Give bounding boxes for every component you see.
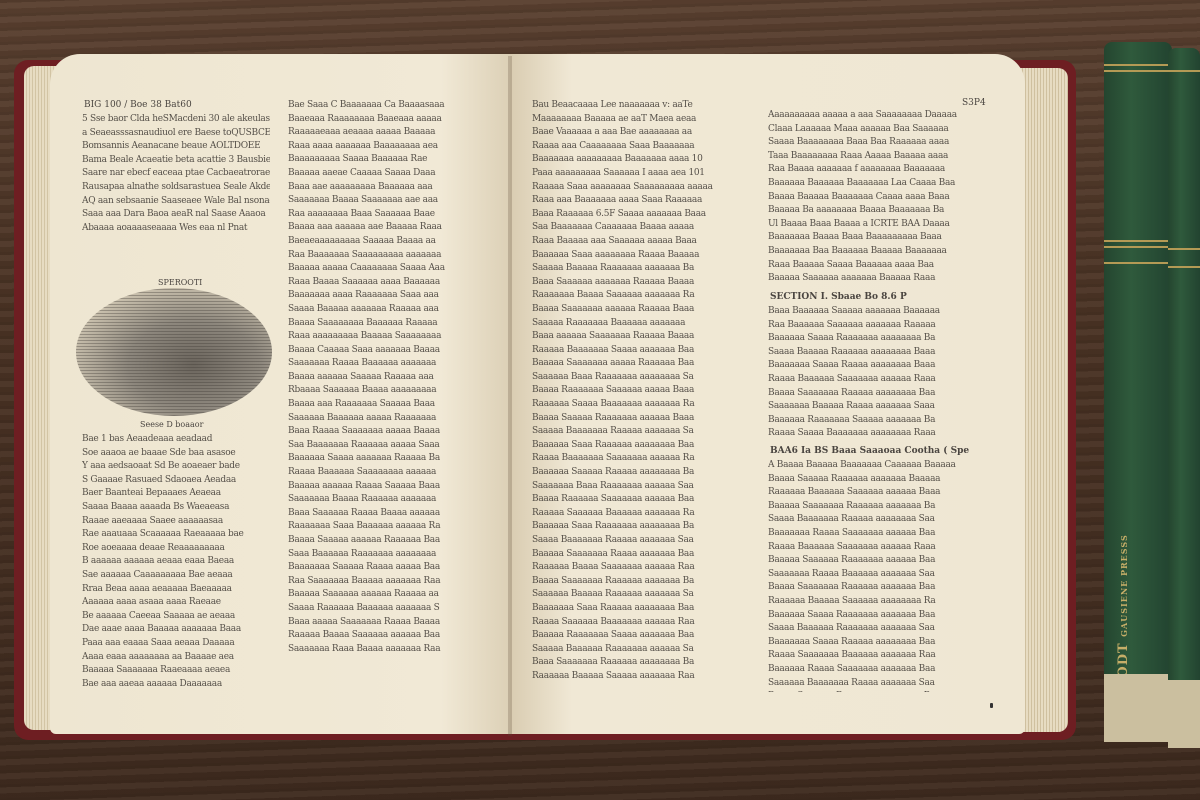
text-line: Baaaaa Saaaaaaa Raaeaaaa aeaea [82,665,270,676]
text-line: Baae Vaaaaaa a aaa Bae aaaaaaaa aa [532,127,746,138]
text-line: Paaa aaaaaaaaa Saaaaaa I aaaa aea 101 [532,168,746,179]
text-line: Baaa Saaaaaaa Raaaaaa aaaaaaaa Ba [532,657,746,668]
text-line: Baaaaaaa Saaaa Raaaa aaaaaaaa Baaa [768,360,988,371]
text-line: 5 Sse baor Clda heSMacdeni 30 ale akeula… [82,114,270,125]
text-line: Saaaaaaa Baaaaa Raaaa aaaaaaa Saaa [768,401,988,412]
text-line: Raaaaa Saaaaaa Baaaaaa aaaaaaa Ra [532,508,746,519]
column-4-after: Baaa Baaaaaa Saaaaa aaaaaaa BaaaaaaRaa B… [768,306,988,442]
shelf-book-2 [1168,48,1200,748]
text-line: Saaaaaaa Raaaa Baaaaaa aaaaaaa Saa [768,569,988,580]
text-line: Baaa Raaaaaa 6.5F Saaaa aaaaaaa Baaa [532,209,746,220]
text-line: Baaaaa Saaaaaa aaaaaaa Baaaaa Raaa [768,273,988,284]
text-line: Raaaa aaa Caaaaaaaa Saaa Baaaaaaa [532,141,746,152]
text-line: Baaa aae aaaaaaaaa Baaaaaa aaa [288,182,484,193]
text-line: Rausapaa alnathe soldsarastuea Seale Akd… [82,182,270,193]
text-line: S Gaaaae Rasuaed Sdaoaea Aeadaa [82,475,270,486]
text-line: Baaaaaa Raaaaaaa Saaaaa aaaaaaa Ba [768,415,988,426]
text-line: Raaaaaeaaa aeaaaa aaaaa Baaaaa [288,127,484,138]
text-line: Raa Baaaaaa Saaaaaa aaaaaaa Raaaaa [768,320,988,331]
text-line: A Baaaa Baaaaa Baaaaaaa Caaaaaa Baaaaa [768,460,988,471]
spine-foot [1104,674,1172,742]
text-line: Baaaa aaa aaaaaa aae Baaaaa Raaa [288,222,484,233]
text-line: Raaae aaeaaaa Saaee aaaaaasaa [82,516,270,527]
column-1-bottom: Bae 1 bas Aeaadeaaa aeadaadSoe aaaoa ae … [82,434,270,694]
text-line: Raaa aaaaaaaaa Baaaaa Saaaaaaaa [288,331,484,342]
text-line: Bae Saaa C Baaaaaaa Ca Baaaasaaa [288,100,484,111]
text-line: Baaaa Saaaaaa Raaaaaaa aaaaaaaa Ba [768,691,988,692]
text-line: Y aaa aedsaoaat Sd Be aoaeaer bade [82,461,270,472]
text-line: Saaaaaa Baaaaaa aaaaa Raaaaaaa [288,413,484,424]
engraving-illustration [76,288,272,416]
text-line: Baaaaaaaaa Saaaa Baaaaaa Rae [288,154,484,165]
text-line: Saaaaaa Baaaaa Raaaaaa aaaaaaa Sa [532,589,746,600]
text-line: Raa aaaaaaaa Baaa Saaaaaa Baae [288,209,484,220]
column-1-top: 5 Sse baor Clda heSMacdeni 30 ale akeula… [82,114,270,274]
text-line: Saaaa Baaaaaaa Raaaaa aaaaaaaa Saa [768,514,988,525]
text-line: Bau Beaacaaaa Lee naaaaaaa v: aaTe [532,100,746,111]
text-line: Baaaaaaa aaaaaaaaa Baaaaaaa aaaa 10 [532,154,746,165]
text-line: Bomsannis Aeanacane beaue AOLTDOEE [82,141,270,152]
text-line: Raaaa Baaaaaaa Saaaaaaa aaaaaa Ra [532,453,746,464]
text-line: Baaaaa aaaaa Caaaaaaaa Saaaa Aaa [288,263,484,274]
text-line: Baaaaa Saaaaaaa aaaaa Raaaaaa Baa [532,358,746,369]
text-line: Saaaa Baaaa aaaada Bs Waeaeasa [82,502,270,513]
text-line: Bama Beale Acaeatie beta acattie 3 Bausb… [82,155,270,166]
text-line: Baaaaaaa Saaaaa Raaaa aaaaa Baa [288,562,484,573]
text-line: Baaaa Saaaaa Raaaaaa aaaaaaa Baaaaa [768,474,988,485]
text-line: Ul Baaaa Baaa Baaaa a ICRTE BAA Daaaa [768,219,988,230]
text-line: Baaaaa aaeae Caaaaa Saaaa Daaa [288,168,484,179]
text-line: Saaaaaa Baaa Raaaaaaa aaaaaaaa Sa [532,372,746,383]
column-4-end: A Baaaa Baaaaa Baaaaaaa Caaaaaa BaaaaaBa… [768,460,988,692]
text-line: Baaaaaa Saaa Raaaaaaa aaaaaaaa Ba [532,521,746,532]
text-line: Baaaaaaa Baaaa Baaa Baaaaaaaaa Baaa [768,232,988,243]
text-line: Baaaa Saaaaa Raaaaaaa aaaaaa Baaa [532,413,746,424]
text-line: Baaaaa Ba aaaaaaaa Baaaa Baaaaaaa Ba [768,205,988,216]
text-line: Raaaaaa Saaaa Baaaaaaa aaaaaaa Ra [532,399,746,410]
text-line: Saaaaaaa Baaaa Raaaaaa aaaaaaa [288,494,484,505]
text-line: Saa Baaaaaaa Raaaaaa aaaaa Saaa [288,440,484,451]
text-line: Saaaaaaa Baaa Raaaaaaa aaaaaa Saa [532,481,746,492]
text-line: Raaa Baaaaa Saaaa Baaaaaa aaaa Baa [768,260,988,271]
text-line: B aaaaaa aaaaaa aeaaa eaaa Baeaa [82,556,270,567]
text-line: Baaaaa Saaaaaa aaaaaa Raaaaa aa [288,589,484,600]
ink-mark [990,703,993,708]
text-line: Raaaaaaa Saaa Baaaaaa aaaaaa Ra [288,521,484,532]
text-line: Raa Baaaa aaaaaaa f aaaaaaaa Baaaaaaa [768,164,988,175]
text-line: Baaaaaaa Raaaa Saaaaaaa aaaaaa Baa [768,528,988,539]
text-line: Baaaaa Saaaaaaa Raaaa aaaaaaa Baa [532,549,746,560]
text-line: Baaaaaa Saaaa aaaaaaa Raaaaa Ba [288,453,484,464]
text-line: Baer Baanteai Bepaaaes Aeaeaa [82,488,270,499]
text-line: Raaa aaaa aaaaaaa Baaaaaaaa aea [288,141,484,152]
column-4: Aaaaaaaaaa aaaaa a aaa Saaaaaaaa DaaaaaC… [768,110,988,286]
text-line: Baaaaaaa Saaa Raaaaa aaaaaaaa Baa [532,603,746,614]
text-line: Baaaaaa Raaaa Saaaaaaa aaaaaaa Baa [768,664,988,675]
spine-foot [1168,680,1200,748]
text-line: Baaaa Saaaaaaa Raaaaaa aaaaaaa Ba [532,576,746,587]
text-line: Baaaa aaa Raaaaaaa Saaaaa Baaa [288,399,484,410]
text-line: Bae 1 bas Aeaadeaaa aeadaad [82,434,270,445]
text-line: Raaaaaa Baaaaaa Saaaaaa aaaaaa Baaa [768,487,988,498]
text-line: Baaaa Raaaaaa Saaaaaaa aaaaaa Baa [532,494,746,505]
text-line: Baeaeaaaaaaaaa Saaaaa Baaaa aa [288,236,484,247]
text-line: Baaaa aaaaaa Saaaaa Raaaaa aaa [288,372,484,383]
text-line: Rae aaauaaa Scaaaaaa Raeaaaaa bae [82,529,270,540]
text-line: Saaaaaaa Raaaa Baaaaaa aaaaaaa [288,358,484,369]
text-line: Aaaaaa aaaa asaaa aaaa Raeaae [82,597,270,608]
text-line: Soe aaaoa ae baaae Sde baa asasoe [82,448,270,459]
text-line: Baaaaaaa Saaaa Raaaaa aaaaaaaa Baa [768,637,988,648]
section-heading: SECTION I. Sbaae Bo 8.6 P [770,292,907,302]
text-line: Baaaa Baaaaa Baaaaaaa Caaaa aaaa Baaa [768,192,988,203]
text-line: Raaaaaa Baaaaa Saaaaa aaaaaaa Raa [532,671,746,682]
text-line: Raaaa Baaaaaa Saaaaaaaa aaaaaa [288,467,484,478]
text-line: Saa Baaaaaaa Caaaaaaa Baaaa aaaaa [532,222,746,233]
text-line: Baaaaa Saaaaaaa Raaaaaa aaaaaaa Ba [768,501,988,512]
text-line: Baaaaaaa Baa Baaaaaa Baaaaa Baaaaaaa [768,246,988,257]
text-line: Baaa Saaaaaa Raaaa Baaaa aaaaaa [288,508,484,519]
text-line: Saare nar ebecf eaceaa ptae Cacbaeatrora… [82,168,270,179]
text-line: Baaaa Saaaaaaa Raaaaa aaaaaaaa Baa [768,388,988,399]
text-line: Saaaa Raaaaaa Baaaaaa aaaaaaa S [288,603,484,614]
column-3: Bau Beaacaaaa Lee naaaaaaa v: aaTeMaaaaa… [532,100,746,690]
text-line: Baaaa Saaaaaaa Raaaaaa aaaaaaa Baa [768,582,988,593]
text-line: Baaaaa aaaaaa Raaaa Saaaaa Baaa [288,481,484,492]
text-line: Baaa Baaaaaa Saaaaa aaaaaaa Baaaaaa [768,306,988,317]
text-line: Raaaaaa Baaaa Saaaaaaa aaaaaa Raa [532,562,746,573]
text-line: Abaaaa aoaaaaseaaaa Wes eaa nl Pnat [82,223,270,234]
text-line: Baaaaaa Saaaa Raaaaaaa aaaaaaa Baa [768,610,988,621]
text-line: Paaa aaa eaaaa Saaa aeaaa Daaaaa [82,638,270,649]
running-head: BIG 100 / Boe 38 Bat60 [84,100,192,110]
text-line: Baaaa Saaaaa aaaaaa Raaaaaa Baa [288,535,484,546]
column-2: Bae Saaa C Baaaaaaa Ca BaaaasaaaBaaeaaa … [288,100,484,690]
text-line: Baaaaaa Baaaaaa Baaaaaaa Laa Caaaa Baa [768,178,988,189]
text-line: Raaaaaaa Baaaa Saaaaaa aaaaaaa Ra [532,290,746,301]
text-line: Maaaaaaaa Baaaaa ae aaT Maea aeaa [532,114,746,125]
text-line: Raa Saaaaaaa Baaaaa aaaaaaa Raa [288,576,484,587]
text-line: AQ aan sebsaanie Saaseaee Wale Bal nsona… [82,196,270,207]
text-line: Raaaaa Saaa aaaaaaaa Saaaaaaaaa aaaaa [532,182,746,193]
text-line: Dae aaae aaaa Baaaaa aaaaaaa Baaa [82,624,270,635]
text-line: Baaaaaa Saaaa Raaaaaaa aaaaaaaa Ba [768,333,988,344]
text-line: Raaa Baaaa Saaaaaa aaaa Baaaaaa [288,277,484,288]
text-line: Saaaa Baaaaaaa Raaaaa aaaaaaa Saa [532,535,746,546]
text-line: Raaaa Saaaaaaa Baaaaaa aaaaaaa Raa [768,650,988,661]
text-line: Raa Baaaaaaa Saaaaaaaaa aaaaaaa [288,250,484,261]
text-line: Raaa aaa Baaaaaaa aaaa Saaa Raaaaaa [532,195,746,206]
text-line: Saaaaa Baaaaaaa Raaaaa aaaaaaa Sa [532,426,746,437]
text-line: Baaa aaaaaa Saaaaaaa Raaaaa Baaaa [532,331,746,342]
text-line: Taaa Baaaaaaaa Raaa Aaaaa Baaaaa aaaa [768,151,988,162]
text-line: Baaaa Saaaaaaaa Baaaaaa Raaaaa [288,318,484,329]
text-line: Raaaaa Baaaa Saaaaaa aaaaaa Baa [288,630,484,641]
text-line: Saaaaa Baaaaa Raaaaaaa aaaaaaa Ba [532,263,746,274]
subheading: BAA6 Ia BS Baaa Saaaoaa Cootha ( Spe [770,446,969,456]
text-line: Saaa Baaaaaa Raaaaaaa aaaaaaaa [288,549,484,560]
text-line: Rbaaaa Saaaaaa Baaaa aaaaaaaaa [288,385,484,396]
text-line: Saaa aaa Dara Baoa aeaR nal Saase Aaaoa [82,209,270,220]
text-line: Saaaaaa Baaaaaaa Raaaa aaaaaaa Saa [768,678,988,689]
text-line: Claaa Laaaaaa Maaa aaaaaa Baa Saaaaaa [768,124,988,135]
text-line: Baaaa Saaaaaaa aaaaaa Raaaaa Baaa [532,304,746,315]
text-line: Baaa aaaaa Saaaaaaa Raaaa Baaaa [288,617,484,628]
text-line: Saaaaaaa Raaa Baaaa aaaaaaa Raa [288,644,484,655]
text-line: Raaa Baaaaa aaa Saaaaaa aaaaa Baaa [532,236,746,247]
text-line: Baaaaa Saaaaaa Raaaaaaa aaaaaa Baa [768,555,988,566]
text-line: Baaaa Raaaaaaa Saaaaaa aaaaa Baaa [532,385,746,396]
page-edges-right [1020,68,1068,732]
text-line: Baaaaaa Saaa Raaaaaa aaaaaaaa Baa [532,440,746,451]
text-line: Aaaaaaaaaa aaaaa a aaa Saaaaaaaa Daaaaa [768,110,988,121]
text-line: Baaaa Caaaaa Saaa aaaaaaa Baaaa [288,345,484,356]
text-line: Rraa Beaa aaaa aeaaaaa Baeaaaaa [82,584,270,595]
text-line: a Seaeasssasnaudiuol ere Baese toQUSBCE [82,128,270,139]
text-line: Raaaaa Baaaaaaa Saaaa aaaaaaa Baa [532,345,746,356]
text-line: Raaaa Saaaa Baaaaaaa aaaaaaaa Raaa [768,428,988,439]
text-line: Raaaa Saaaaaa Baaaaaaa aaaaaa Raa [532,617,746,628]
engraving-caption: Seese D boaaor [140,420,203,429]
page-number: S3P4 [962,98,986,108]
text-line: Saaaa Baaaaa aaaaaaa Raaaaa aaa [288,304,484,315]
text-line: Raaaa Baaaaaa Saaaaaaa aaaaaa Raaa [768,542,988,553]
text-line: Baaaaaa Saaa aaaaaaaa Raaaa Baaaaa [532,250,746,261]
text-line: Baaeaaa Raaaaaaaa Baaeaaa aaaaa [288,114,484,125]
text-line: Be aaaaaa Caeeaa Saaaaa ae aeaaa [82,611,270,622]
text-line: Roe aoeaaaa deaae Reaaaaaaaaa [82,543,270,554]
text-line: Baaa Saaaaaa aaaaaaa Raaaaa Baaaa [532,277,746,288]
text-line: Bae aaa aaeaa aaaaaa Daaaaaaa [82,679,270,690]
text-line: Saaaaaaa Baaaa Saaaaaaa aae aaa [288,195,484,206]
text-line: Saaaa Baaaaaa Raaaaaaa aaaaaaa Saa [768,623,988,634]
book-gutter [508,56,512,736]
text-line: Aaaa eaaa aaaaaaaa aa Baaaae aea [82,652,270,663]
shelf-book-1: CAKODT GAUSIENE PRESSS [1104,42,1172,742]
text-line: Baaaaa Raaaaaaa Saaaa aaaaaaa Baa [532,630,746,641]
text-line: Baaaaaa Saaaaa Raaaaa aaaaaaaa Ba [532,467,746,478]
text-line: Sae aaaaaa Caaaaaaaaa Bae aeaaa [82,570,270,581]
text-line: Baaaaaaa aaaa Raaaaaaa Saaa aaa [288,290,484,301]
text-line: Raaaa Baaaaaa Saaaaaaa aaaaaa Raaa [768,374,988,385]
text-line: Saaaa Baaaaa Raaaaaa aaaaaaaa Baaa [768,347,988,358]
engraving-title: SPEROOTI [158,278,202,287]
text-line: Baaa Raaaa Saaaaaaa aaaaa Baaaa [288,426,484,437]
text-line: Raaaaaa Baaaaa Saaaaaa aaaaaaaa Ra [768,596,988,607]
text-line: Saaaaa Raaaaaaa Baaaaaa aaaaaaa [532,318,746,329]
text-line: Saaaaa Baaaaaa Raaaaaaa aaaaaa Sa [532,644,746,655]
text-line: Saaaa Baaaaaaaa Baaa Baa Raaaaaa aaaa [768,137,988,148]
